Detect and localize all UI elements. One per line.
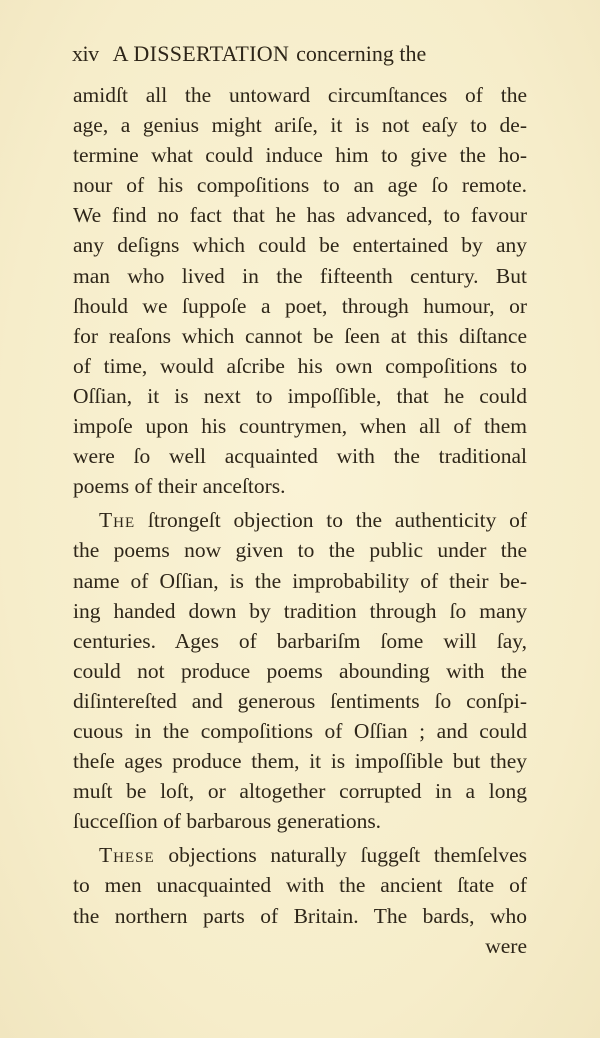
page-number: xiv	[72, 40, 99, 68]
text-line: were ſo well acquainted with the traditi…	[73, 441, 527, 471]
text-line: man who lived in the fifteenth century. …	[73, 261, 527, 291]
text-line: diſintereſted and generous ſentiments ſo…	[73, 686, 527, 716]
text-line: could not produce poems abounding with t…	[73, 656, 527, 686]
text-line: cuous in the compoſitions of Oſſian ; an…	[73, 716, 527, 746]
text-line: amidſt all the untoward circumſtances of…	[73, 80, 527, 110]
text-line: age, a genius might ariſe, it is not eaſ…	[73, 110, 527, 140]
text-line: ſucceſſion of barbarous generations.	[73, 806, 527, 836]
running-subtitle: concerning the	[296, 40, 426, 68]
paragraph: These objections naturally ſuggeſt themſ…	[73, 840, 527, 930]
text-line: These objections naturally ſuggeſt themſ…	[73, 840, 527, 870]
text-line: We find no fact that he has advanced, to…	[73, 200, 527, 230]
text-line: centuries. Ages of barbariſm ſome will ſ…	[73, 626, 527, 656]
text-line: muſt be loſt, or altogether corrupted in…	[73, 776, 527, 806]
body-text: amidſt all the untoward circumſtances of…	[73, 80, 527, 961]
text-line: the poems now given to the public under …	[73, 535, 527, 565]
text-line: theſe ages produce them, it is impoſſibl…	[73, 746, 527, 776]
text-line: name of Oſſian, is the improbability of …	[73, 566, 527, 596]
text-line: termine what could induce him to give th…	[73, 140, 527, 170]
text-line: any deſigns which could be entertained b…	[73, 230, 527, 260]
text-line: the northern parts of Britain. The bards…	[73, 901, 527, 931]
text-line: for reaſons which cannot be ſeen at this…	[73, 321, 527, 351]
text-line: poems of their anceſtors.	[73, 471, 527, 501]
text-line: impoſe upon his countrymen, when all of …	[73, 411, 527, 441]
text-line: nour of his compoſitions to an age ſo re…	[73, 170, 527, 200]
text-line: ing handed down by tradition through ſo …	[73, 596, 527, 626]
text-line: to men unacquainted with the ancient ſta…	[73, 870, 527, 900]
text-line: of time, would aſcribe his own compoſiti…	[73, 351, 527, 381]
paragraph: amidſt all the untoward circumſtances of…	[73, 80, 527, 501]
running-header: xiv A DISSERTATION concerning the	[72, 40, 532, 68]
small-caps-lead: These	[99, 843, 155, 867]
text-line: The ſtrongeſt objection to the authentic…	[73, 505, 527, 535]
paragraph: The ſtrongeſt objection to the authentic…	[73, 505, 527, 836]
running-title: A DISSERTATION	[113, 40, 290, 68]
book-page: xiv A DISSERTATION concerning the amidſt…	[0, 0, 600, 1038]
catchword: were	[73, 931, 527, 961]
text-line: Oſſian, it is next to impoſſible, that h…	[73, 381, 527, 411]
small-caps-lead: The	[99, 508, 135, 532]
text-line: ſhould we ſuppoſe a poet, through humour…	[73, 291, 527, 321]
